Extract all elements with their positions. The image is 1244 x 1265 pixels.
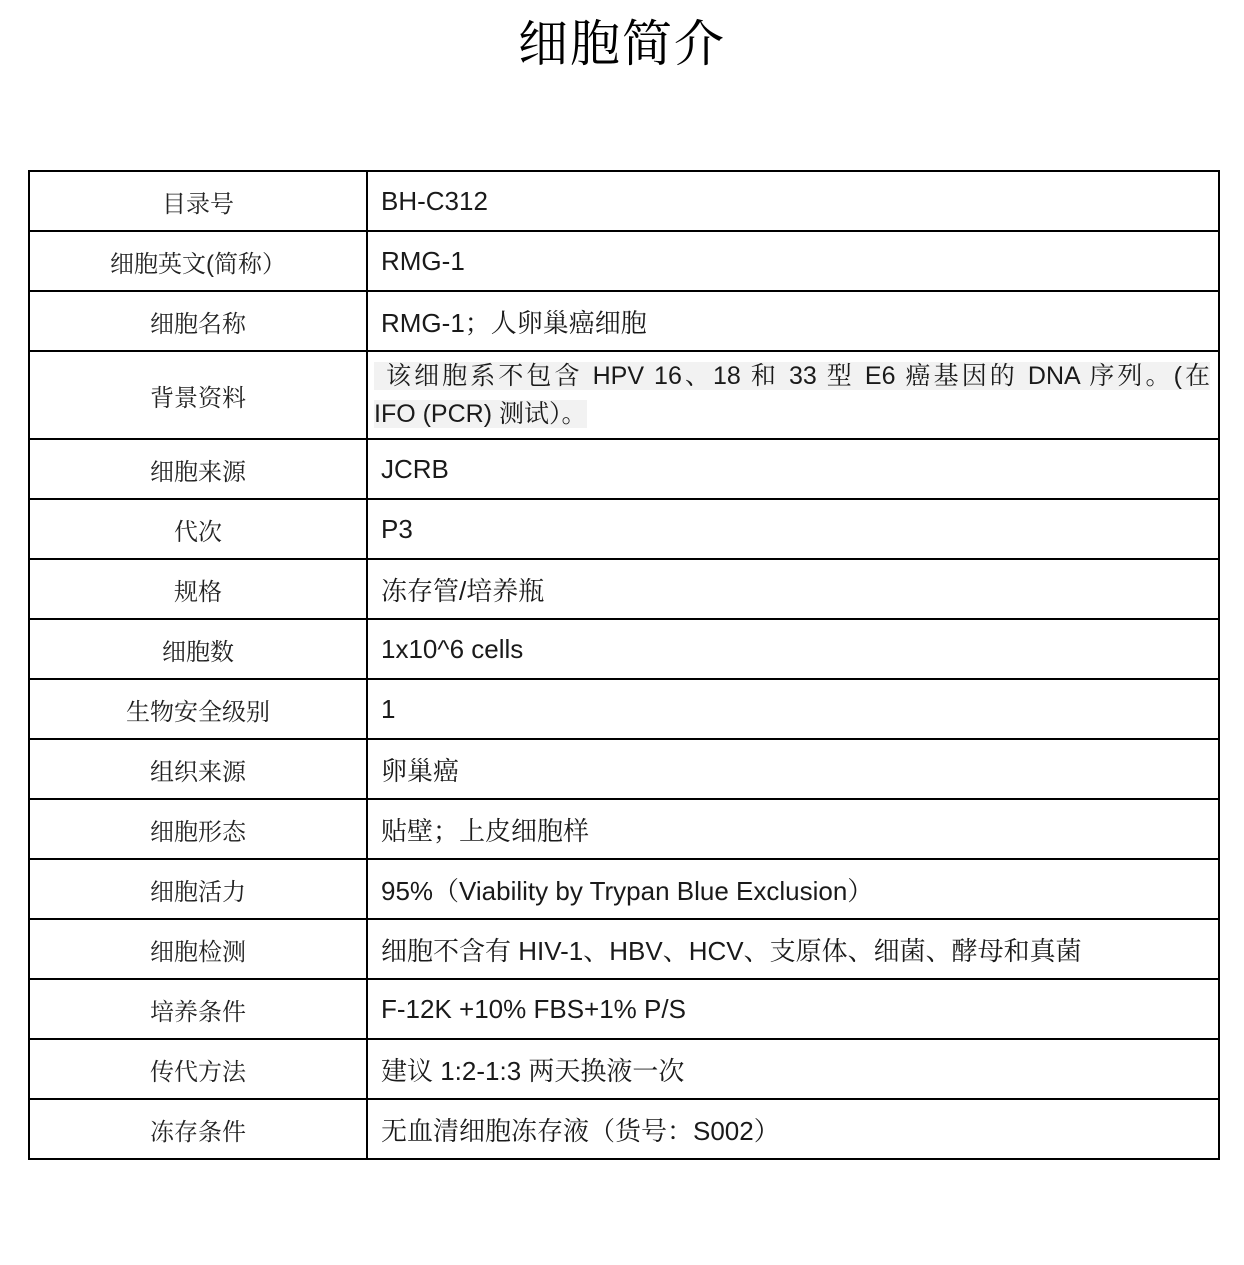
row-label: 培养条件 <box>29 979 367 1039</box>
table-row: 规格 冻存管/培养瓶 <box>29 559 1219 619</box>
row-label: 传代方法 <box>29 1039 367 1099</box>
table-row: 细胞活力 95%（Viability by Trypan Blue Exclus… <box>29 859 1219 919</box>
page-title: 细胞简介 <box>0 12 1244 76</box>
table-row: 组织来源 卵巢癌 <box>29 739 1219 799</box>
table-row: 细胞检测 细胞不含有 HIV-1、HBV、HCV、支原体、细菌、酵母和真菌 <box>29 919 1219 979</box>
row-label: 目录号 <box>29 171 367 231</box>
highlighted-text: IFO (PCR) 测试）。 <box>374 400 587 428</box>
cell-info-table: 目录号 BH-C312 细胞英文(简称） RMG-1 细胞名称 RMG-1；人卵… <box>28 170 1220 1160</box>
row-value: 该细胞系不包含 HPV 16、18 和 33 型 E6 癌基因的 DNA 序列。… <box>367 351 1219 439</box>
highlighted-text: 该细胞系不包含 HPV 16、18 和 33 型 E6 癌基因的 DNA 序列。… <box>374 362 1210 390</box>
row-value: 建议 1:2-1:3 两天换液一次 <box>367 1039 1219 1099</box>
row-label: 细胞活力 <box>29 859 367 919</box>
row-value: 卵巢癌 <box>367 739 1219 799</box>
row-label: 冻存条件 <box>29 1099 367 1159</box>
table-row: 背景资料 该细胞系不包含 HPV 16、18 和 33 型 E6 癌基因的 DN… <box>29 351 1219 439</box>
row-label: 生物安全级别 <box>29 679 367 739</box>
row-value: P3 <box>367 499 1219 559</box>
row-label: 细胞来源 <box>29 439 367 499</box>
row-label: 细胞名称 <box>29 291 367 351</box>
row-label: 细胞形态 <box>29 799 367 859</box>
table-row: 生物安全级别 1 <box>29 679 1219 739</box>
row-label: 背景资料 <box>29 351 367 439</box>
row-label: 规格 <box>29 559 367 619</box>
table-row: 细胞数 1x10^6 cells <box>29 619 1219 679</box>
row-value: 1x10^6 cells <box>367 619 1219 679</box>
row-value: 1 <box>367 679 1219 739</box>
row-value: F-12K +10% FBS+1% P/S <box>367 979 1219 1039</box>
table-row: 目录号 BH-C312 <box>29 171 1219 231</box>
row-value: 冻存管/培养瓶 <box>367 559 1219 619</box>
table-row: 细胞名称 RMG-1；人卵巢癌细胞 <box>29 291 1219 351</box>
row-value: 细胞不含有 HIV-1、HBV、HCV、支原体、细菌、酵母和真菌 <box>367 919 1219 979</box>
table-row: 细胞来源 JCRB <box>29 439 1219 499</box>
table-body: 目录号 BH-C312 细胞英文(简称） RMG-1 细胞名称 RMG-1；人卵… <box>29 171 1219 1159</box>
row-value: 贴壁；上皮细胞样 <box>367 799 1219 859</box>
row-value: RMG-1 <box>367 231 1219 291</box>
row-label: 细胞检测 <box>29 919 367 979</box>
row-label: 细胞英文(简称） <box>29 231 367 291</box>
row-label: 组织来源 <box>29 739 367 799</box>
table-row: 细胞形态 贴壁；上皮细胞样 <box>29 799 1219 859</box>
table-row: 细胞英文(简称） RMG-1 <box>29 231 1219 291</box>
table-row: 培养条件 F-12K +10% FBS+1% P/S <box>29 979 1219 1039</box>
row-value-line: 该细胞系不包含 HPV 16、18 和 33 型 E6 癌基因的 DNA 序列。… <box>374 357 1210 395</box>
row-value: 无血清细胞冻存液（货号：S002） <box>367 1099 1219 1159</box>
row-value: JCRB <box>367 439 1219 499</box>
table-row: 冻存条件 无血清细胞冻存液（货号：S002） <box>29 1099 1219 1159</box>
row-value-line: IFO (PCR) 测试）。 <box>374 395 1210 433</box>
row-value: BH-C312 <box>367 171 1219 231</box>
table-row: 传代方法 建议 1:2-1:3 两天换液一次 <box>29 1039 1219 1099</box>
row-label: 细胞数 <box>29 619 367 679</box>
row-label: 代次 <box>29 499 367 559</box>
row-value: RMG-1；人卵巢癌细胞 <box>367 291 1219 351</box>
table-row: 代次 P3 <box>29 499 1219 559</box>
row-value: 95%（Viability by Trypan Blue Exclusion） <box>367 859 1219 919</box>
